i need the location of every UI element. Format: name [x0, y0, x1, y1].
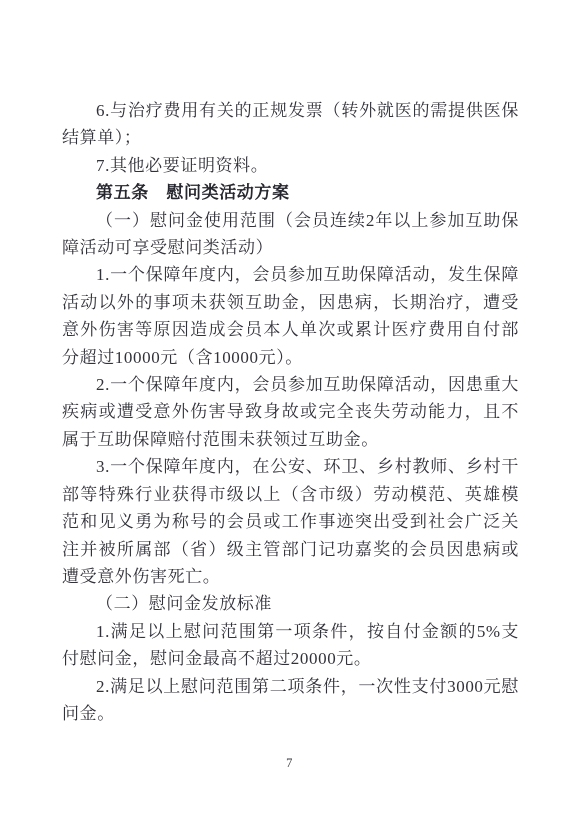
paragraph-scope-3: 3.一个保障年度内，在公安、环卫、乡村教师、乡村干部等特殊行业获得市级以上（含市…	[62, 453, 519, 590]
paragraph-scope-1: 1.一个保障年度内，会员参加互助保障活动，发生保障活动以外的事项未获领互助金，因…	[62, 261, 519, 371]
paragraph-standard-intro: （二）慰问金发放标准	[62, 590, 519, 617]
paragraph-scope-intro: （一）慰问金使用范围（会员连续2年以上参加互助保障活动可享受慰问类活动）	[62, 207, 519, 262]
paragraph-item-6: 6.与治疗费用有关的正规发票（转外就医的需提供医保结算单）；	[62, 97, 519, 152]
paragraph-standard-1: 1.满足以上慰问范围第一项条件，按自付金额的5%支付慰问金，慰问金最高不超过20…	[62, 618, 519, 673]
paragraph-scope-2: 2.一个保障年度内，会员参加互助保障活动，因患重大疾病或遭受意外伤害导致身故或完…	[62, 371, 519, 453]
document-content: 6.与治疗费用有关的正规发票（转外就医的需提供医保结算单）； 7.其他必要证明资…	[62, 97, 519, 727]
paragraph-item-7: 7.其他必要证明资料。	[62, 152, 519, 179]
document-page: 6.与治疗费用有关的正规发票（转外就医的需提供医保结算单）； 7.其他必要证明资…	[0, 0, 579, 817]
paragraph-standard-2: 2.满足以上慰问范围第二项条件，一次性支付3000元慰问金。	[62, 673, 519, 728]
page-number: 7	[0, 756, 579, 771]
section-heading-article-5: 第五条 慰问类活动方案	[62, 179, 519, 206]
